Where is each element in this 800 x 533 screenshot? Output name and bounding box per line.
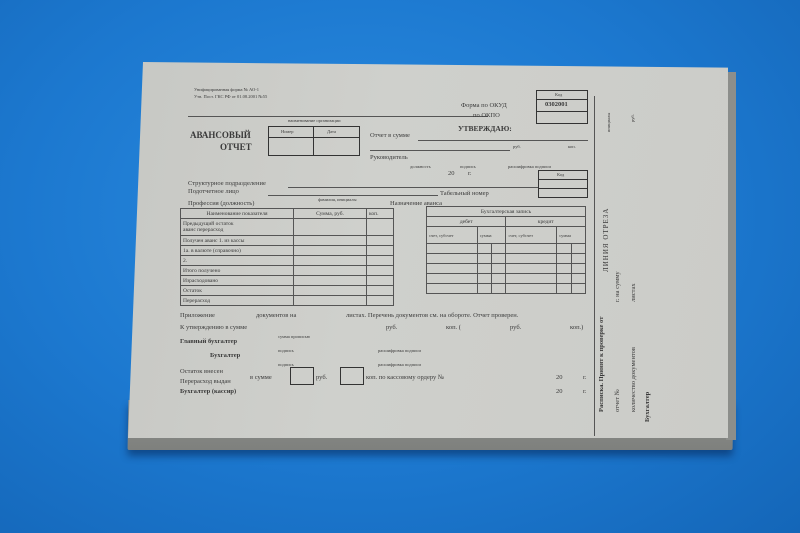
credit-header: кредит [506,217,586,227]
table-row: Перерасход [181,296,294,306]
debit-sum: сумма [477,227,506,244]
cut-line-label: ЛИНИЯ ОТРЕЗА [602,208,610,272]
stub-accountant-label: Бухгалтер [644,392,651,422]
rub-entry-box [290,367,314,385]
accountable-line [268,195,438,196]
for-sum-label: г. на сумму [614,271,621,302]
kop-label: коп. [568,144,576,149]
year-label: 20 [448,170,455,177]
okud-code: 0302001 [545,101,568,108]
approve-sum-label: К утверждению в сумме [180,324,247,331]
report-no-label: отчет № [614,389,621,412]
decoding-caption: расшифровка подписи [508,164,551,169]
number-label: Номер [281,129,294,134]
col-kop: коп. [367,209,394,219]
department-label: Структурное подразделение [188,180,266,187]
rub-label-2: руб. [386,324,397,331]
date-label: Дата [327,129,336,134]
approved-label: Утв. Пост. ГКС РФ от 01.08.2001 №55 [194,94,267,99]
initials-caption: инициалы [606,113,611,132]
receipt-label: Расписка. Принят к проверке от [598,317,605,412]
org-caption: наименование организации [288,118,340,123]
prev-advance-2: аванс [183,227,196,233]
year-label-2: 20 [556,374,563,381]
overspend-paid-label: Перерасход выдан [180,378,231,385]
table-row: Итого получено [181,266,294,276]
report-sum-line [418,140,588,141]
year-suffix-3: г. [583,388,587,395]
advance-report-form: Унифицированная форма № АО-1 Утв. Пост. … [128,62,728,438]
col-indicator: Наименование показателя [181,209,294,219]
overspend-sub: перерасход [197,227,223,233]
credit-account: счет, субсчет [506,227,557,244]
remainder-paid-label: Остаток внесен [180,368,223,375]
kop-entry-box [340,367,364,385]
table-row: 1а. в валюте (справочно) [181,246,294,256]
unified-form-label: Унифицированная форма № АО-1 [194,87,259,92]
kop-label-3: коп.) [570,324,583,331]
title-line2: ОТЧЕТ [220,142,252,152]
rub-label-3: руб. [510,324,521,331]
accounting-entry-table: Бухгалтерская запись дебеткредит счет, с… [426,206,586,294]
docs-on-label: документов на [256,312,296,319]
year-suffix-2: г. [583,374,587,381]
position-caption: должность [410,164,431,169]
tab-number-label: Табельный номер [440,190,489,197]
decoding-caption-3: расшифровка подписи [378,362,421,367]
chief-accountant-label: Главный бухгалтер [180,338,237,345]
year-label-3: 20 [556,388,563,395]
signature-caption: подпись [460,164,476,169]
department-line [288,187,538,188]
org-line [188,116,488,117]
col-sum: Сумма, руб. [294,209,367,219]
table-row: Остаток [181,286,294,296]
okud-code-box: Код 0302001 [536,90,588,124]
table-row: Получен аванс 1. из кассы [181,236,294,246]
table-row: Израсходовано [181,276,294,286]
accounting-entry-title: Бухгалтерская запись [427,207,586,217]
doc-count-label: количество документов [630,347,637,412]
cash-order-label: коп. по кассовому ордеру № [366,374,444,381]
in-sum-label: в сумме [250,374,272,381]
cashier-label: Бухгалтер (кассир) [180,388,236,395]
accountable-label: Подотчетное лицо [188,188,239,195]
okud-label: Форма по ОКУД [461,102,507,109]
table-row: 2. [181,256,294,266]
report-sum-label: Отчет в сумме [370,132,410,139]
sheets-label: листах. Перечень документов см. на оборо… [346,312,518,319]
number-date-box: Номер Дата [268,126,360,156]
title-line1: АВАНСОВЫЙ [190,130,251,140]
accountant-label: Бухгалтер [210,352,240,359]
report-sum-line-2 [370,150,510,151]
signature-caption-2: подпись [278,348,294,353]
year-suffix: г. [468,170,472,177]
code-label: Код [555,92,562,97]
okpo-label: по ОКПО [473,112,500,119]
profession-label: Профессия (должность) [188,200,254,207]
code-label-2: Код [557,172,564,177]
kop-label-2: коп. ( [446,324,461,331]
credit-sum: сумма [557,227,586,244]
debit-header: дебет [427,217,506,227]
sum-words-caption: сумма прописью [278,334,310,339]
rub-label: руб. [513,144,521,149]
stub-sheets-label: листах [630,283,637,302]
stub-rub-label: руб. [630,114,635,122]
advance-table: Наименование показателяСумма, руб.коп. П… [180,208,394,306]
head-label: Руководитель [370,154,408,161]
rub-label-4: руб. [316,374,327,381]
debit-account: счет, субсчет [427,227,478,244]
approve-heading: УТВЕРЖДАЮ: [458,124,512,133]
attachment-label: Приложение [180,312,215,319]
code-box: Код [538,170,588,198]
decoding-caption-2: расшифровка подписи [378,348,421,353]
fio-caption: фамилия, инициалы [318,197,357,202]
cut-line [594,96,595,436]
